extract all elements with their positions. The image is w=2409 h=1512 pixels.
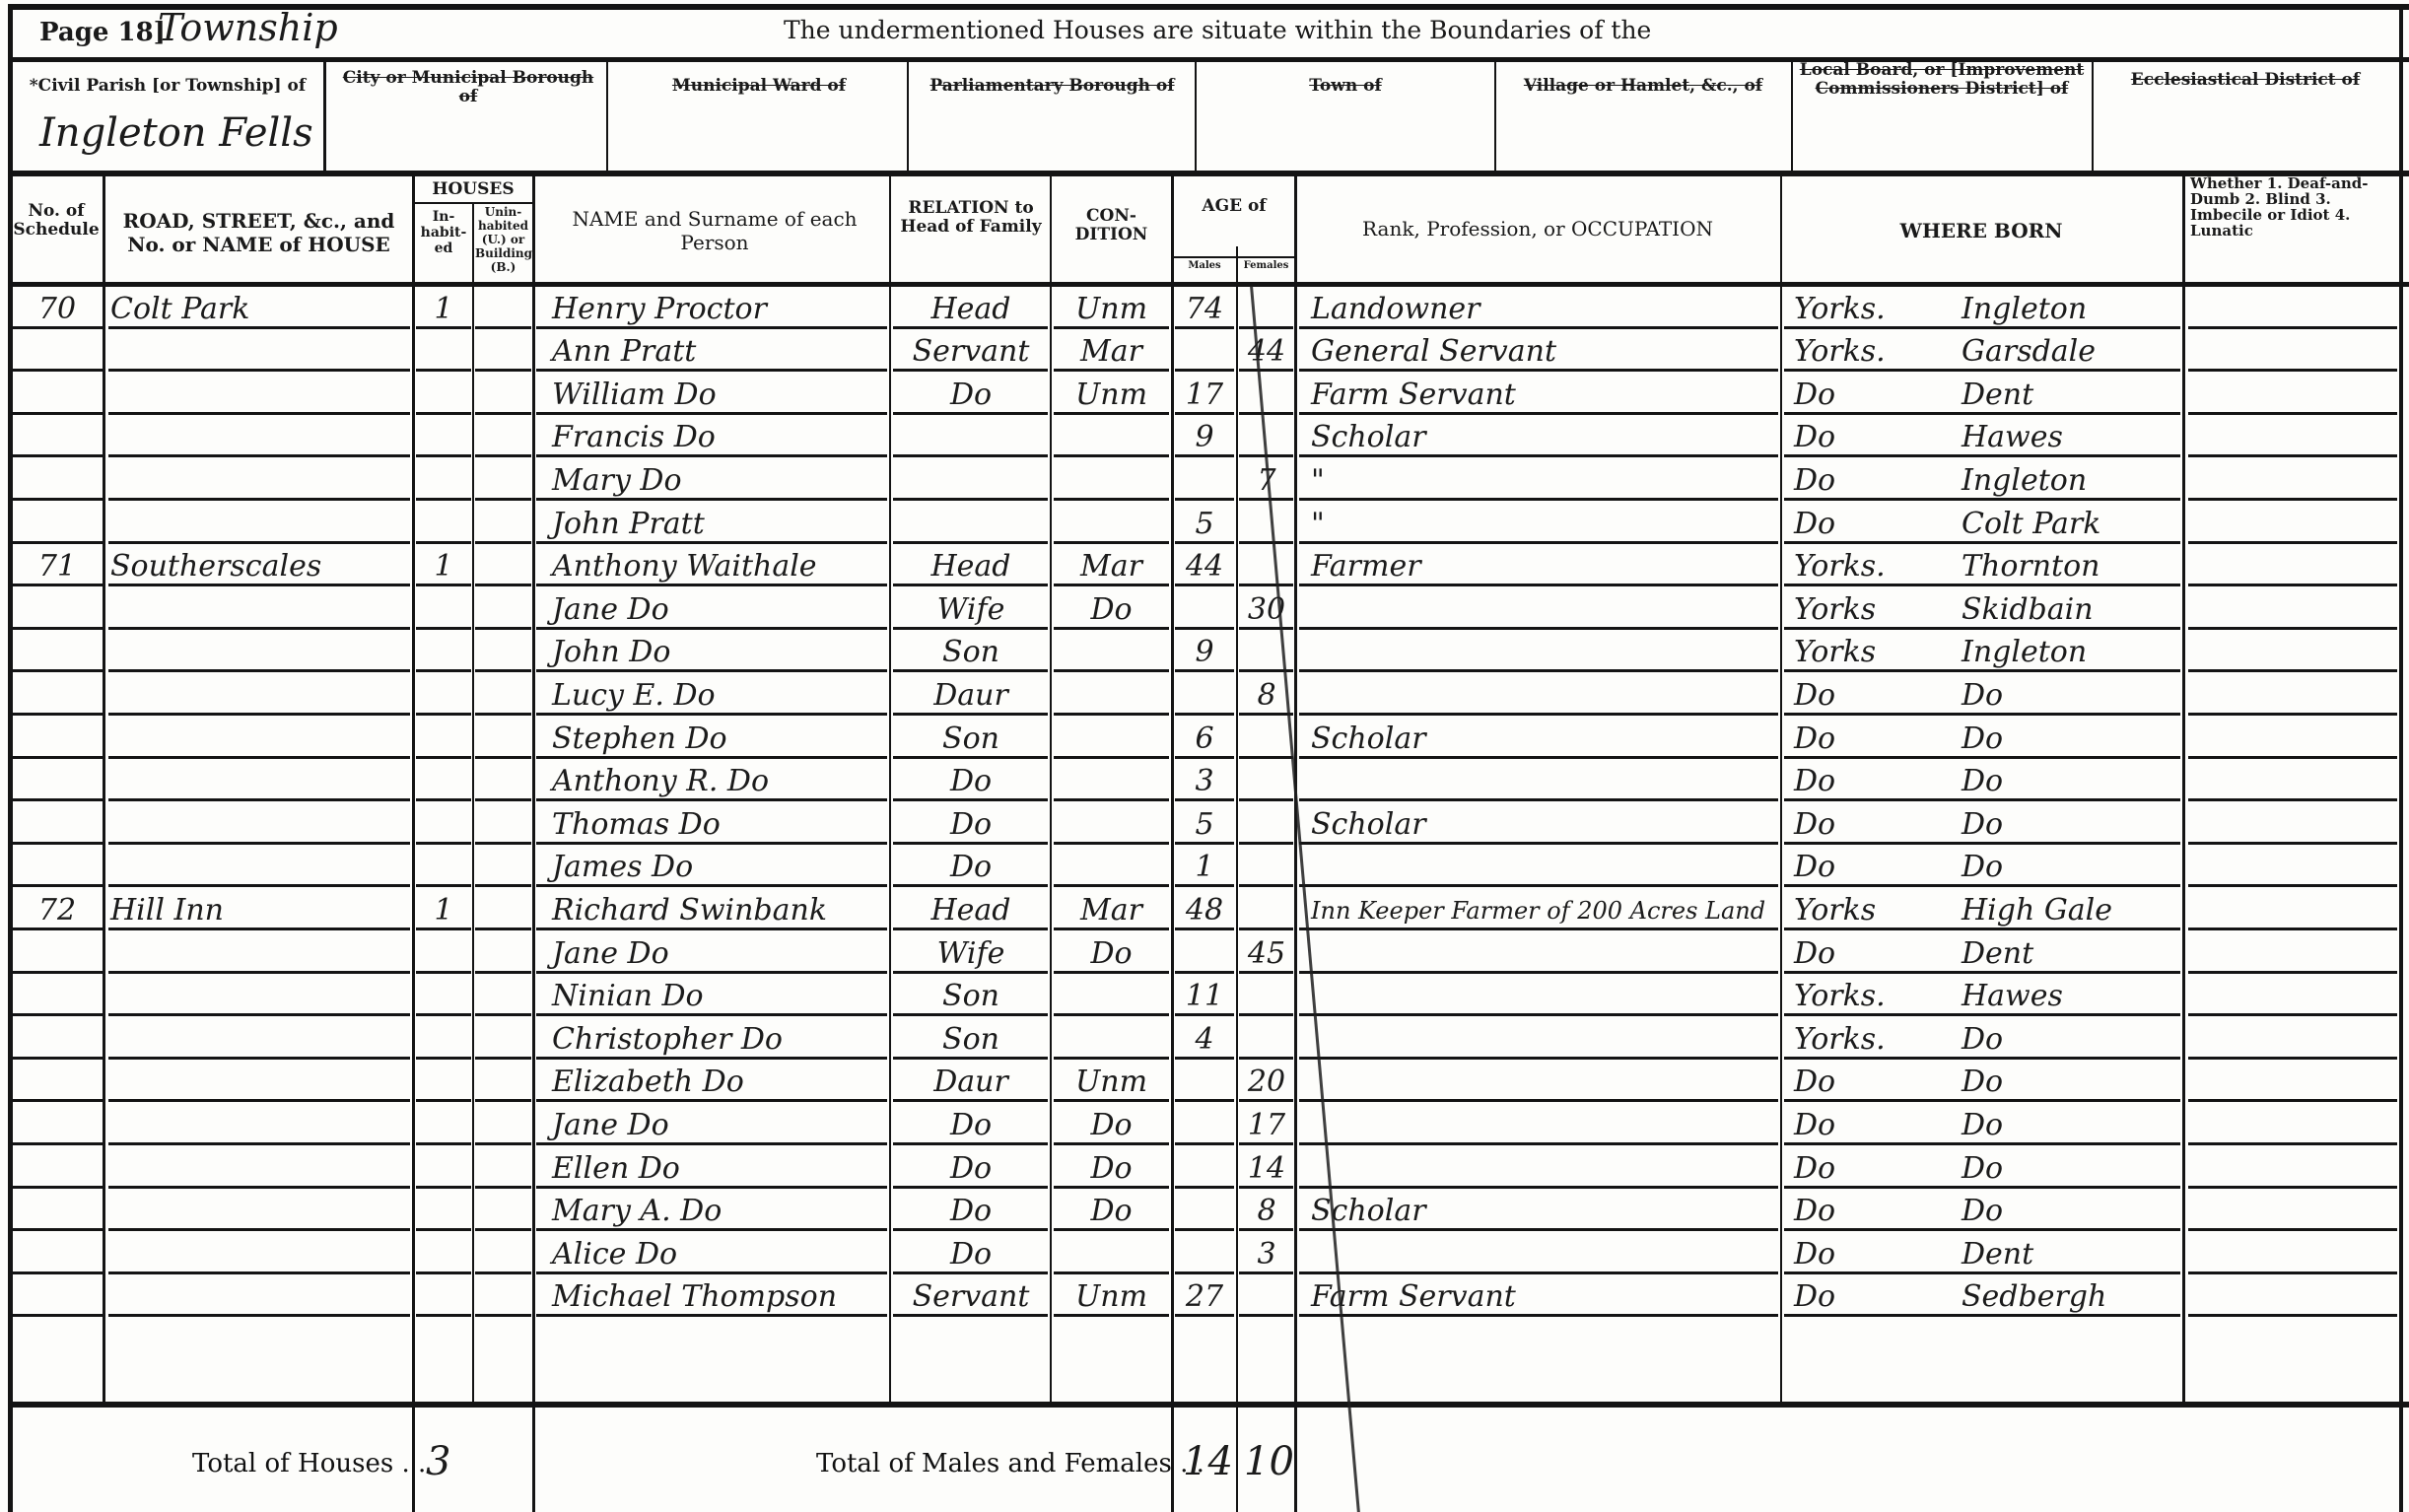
birth-place: Skidbain xyxy=(1962,589,2180,627)
marital-condition: Unm xyxy=(1055,289,1168,326)
boundary-parliamentary-borough-label: Parliamentary Borough of xyxy=(912,77,1193,96)
row-rule xyxy=(475,971,531,974)
row-rule xyxy=(1299,1186,1778,1189)
row-rule xyxy=(1299,1013,1778,1016)
col-header-relation: RELATION to Head of Family xyxy=(897,199,1045,237)
row-rule xyxy=(536,627,887,630)
row-rule xyxy=(536,798,887,801)
row-rule xyxy=(108,412,410,415)
row-rule xyxy=(475,1271,531,1274)
row-rule xyxy=(2188,713,2397,716)
row-rule xyxy=(12,326,103,329)
birth-county: Do xyxy=(1794,675,1942,713)
birth-place: Do xyxy=(1962,719,2180,756)
row-rule xyxy=(893,884,1048,887)
row-rule xyxy=(416,1013,471,1016)
birth-place: Ingleton xyxy=(1962,460,2180,498)
row-rule xyxy=(416,798,471,801)
birth-county: Yorks. xyxy=(1794,977,1942,1014)
female-age xyxy=(1239,289,1294,326)
row-rule xyxy=(12,369,103,372)
row-rule xyxy=(1784,669,2180,672)
row-rule xyxy=(1054,1228,1169,1231)
row-rule xyxy=(1784,326,2180,329)
table-row: Anthony R. DoDo3DoDo xyxy=(0,760,2409,803)
boundary-divider-bottom xyxy=(8,171,2409,176)
female-age xyxy=(1239,1019,1294,1057)
male-age xyxy=(1175,1234,1234,1271)
row-rule xyxy=(108,669,410,672)
male-age: 5 xyxy=(1175,504,1234,541)
male-age xyxy=(1175,1105,1234,1142)
inhabited-count xyxy=(416,633,471,670)
schedule-number xyxy=(14,675,101,713)
birth-place: Dent xyxy=(1962,375,2180,412)
female-age xyxy=(1239,804,1294,842)
row-rule xyxy=(2188,1186,2397,1189)
row-rule xyxy=(1299,971,1778,974)
table-row: 70Colt Park1Henry ProctorHeadUnm74Landow… xyxy=(0,287,2409,330)
male-age xyxy=(1175,332,1234,370)
row-rule xyxy=(475,412,531,415)
row-rule xyxy=(12,1057,103,1060)
row-rule xyxy=(893,669,1048,672)
row-rule xyxy=(2188,798,2397,801)
relation-to-head: Son xyxy=(897,719,1045,756)
row-rule xyxy=(1784,713,2180,716)
col-header-males: Males xyxy=(1173,260,1236,271)
row-rule xyxy=(1239,326,1293,329)
male-age xyxy=(1175,1192,1234,1229)
row-rule xyxy=(12,584,103,586)
table-row: James DoDo1DoDo xyxy=(0,846,2409,889)
female-age: 14 xyxy=(1239,1148,1294,1186)
row-rule xyxy=(893,1271,1048,1274)
female-age: 20 xyxy=(1239,1063,1294,1100)
marital-condition: Unm xyxy=(1055,1063,1168,1100)
marital-condition: Mar xyxy=(1055,890,1168,928)
female-age: 3 xyxy=(1239,1234,1294,1271)
table-row: Alice DoDo3DoDent xyxy=(0,1232,2409,1275)
inhabited-count: 1 xyxy=(416,547,471,584)
row-rule xyxy=(536,842,887,845)
row-rule xyxy=(1299,756,1778,759)
row-rule xyxy=(2188,326,2397,329)
house-name xyxy=(110,332,406,370)
row-rule xyxy=(108,1314,410,1317)
occupation xyxy=(1311,1234,1778,1271)
female-age: 45 xyxy=(1239,933,1294,971)
birth-place: Do xyxy=(1962,762,2180,799)
relation-to-head: Son xyxy=(897,633,1045,670)
relation-to-head: Son xyxy=(897,977,1045,1014)
table-row: Elizabeth DoDaurUnm20DoDo xyxy=(0,1061,2409,1104)
row-rule xyxy=(475,1228,531,1231)
row-rule xyxy=(1239,713,1293,716)
relation-to-head xyxy=(897,418,1045,455)
row-rule xyxy=(416,971,471,974)
row-rule xyxy=(108,842,410,845)
row-rule xyxy=(475,713,531,716)
person-name: Ellen Do xyxy=(552,1148,887,1186)
row-rule xyxy=(1175,1013,1234,1016)
row-rule xyxy=(2188,1314,2397,1317)
row-rule xyxy=(536,369,887,372)
row-rule xyxy=(893,1142,1048,1145)
male-age xyxy=(1175,675,1234,713)
row-rule xyxy=(1784,541,2180,544)
row-rule xyxy=(108,498,410,501)
row-rule xyxy=(536,1186,887,1189)
schedule-number xyxy=(14,633,101,670)
col-header-schedule: No. of Schedule xyxy=(12,202,101,240)
birth-county: Do xyxy=(1794,719,1942,756)
row-rule xyxy=(1054,971,1169,974)
marital-condition xyxy=(1055,1019,1168,1057)
marital-condition: Do xyxy=(1055,933,1168,971)
inhabited-count xyxy=(416,1277,471,1315)
row-rule xyxy=(1175,669,1234,672)
row-rule xyxy=(536,1314,887,1317)
occupation: Scholar xyxy=(1311,418,1778,455)
row-rule xyxy=(1175,756,1234,759)
relation-to-head: Do xyxy=(897,1148,1045,1186)
row-rule xyxy=(893,412,1048,415)
row-rule xyxy=(12,541,103,544)
birth-county: Do xyxy=(1794,804,1942,842)
relation-to-head: Do xyxy=(897,375,1045,412)
row-rule xyxy=(1239,412,1293,415)
row-rule xyxy=(475,541,531,544)
row-rule xyxy=(536,1057,887,1060)
house-name xyxy=(110,1019,406,1057)
row-rule xyxy=(893,756,1048,759)
row-rule xyxy=(536,971,887,974)
row-rule xyxy=(1175,928,1234,930)
person-name: Jane Do xyxy=(552,933,887,971)
frame-top-border xyxy=(8,4,2409,10)
row-rule xyxy=(1054,1057,1169,1060)
row-rule xyxy=(475,798,531,801)
table-row: John DoSon9YorksIngleton xyxy=(0,631,2409,674)
row-rule xyxy=(893,1186,1048,1189)
house-name xyxy=(110,933,406,971)
row-rule xyxy=(416,928,471,930)
occupation: Scholar xyxy=(1311,1192,1778,1229)
row-rule xyxy=(108,326,410,329)
row-rule xyxy=(1784,928,2180,930)
row-rule xyxy=(12,1271,103,1274)
birth-place: Ingleton xyxy=(1962,633,2180,670)
row-rule xyxy=(1239,498,1293,501)
col-header-occupation: Rank, Profession, or OCCUPATION xyxy=(1301,217,1774,241)
row-rule xyxy=(2188,412,2397,415)
total-females-value: 10 xyxy=(1244,1439,1294,1484)
birth-county: Do xyxy=(1794,1063,1942,1100)
row-rule xyxy=(1299,326,1778,329)
birth-county: Yorks. xyxy=(1794,1019,1942,1057)
birth-county: Do xyxy=(1794,504,1942,541)
row-rule xyxy=(2188,756,2397,759)
row-rule xyxy=(1299,627,1778,630)
male-age xyxy=(1175,933,1234,971)
birth-county: Do xyxy=(1794,375,1942,412)
table-row: Ninian DoSon11Yorks.Hawes xyxy=(0,975,2409,1018)
male-age: 74 xyxy=(1175,289,1234,326)
relation-to-head: Head xyxy=(897,289,1045,326)
female-age: 17 xyxy=(1239,1105,1294,1142)
female-age xyxy=(1239,719,1294,756)
row-rule xyxy=(416,412,471,415)
inhabited-count xyxy=(416,1234,471,1271)
female-age: 8 xyxy=(1239,1192,1294,1229)
birth-county: Yorks. xyxy=(1794,547,1942,584)
boundary-divider xyxy=(1494,59,1496,172)
row-rule xyxy=(1175,1057,1234,1060)
female-age xyxy=(1239,1277,1294,1315)
person-name: Stephen Do xyxy=(552,719,887,756)
house-name xyxy=(110,1192,406,1229)
inhabited-count xyxy=(416,375,471,412)
birth-county: Do xyxy=(1794,1234,1942,1271)
row-rule xyxy=(12,971,103,974)
row-rule xyxy=(1239,1099,1293,1102)
row-rule xyxy=(1784,1271,2180,1274)
person-name: Ann Pratt xyxy=(552,332,887,370)
inhabited-count: 1 xyxy=(416,890,471,928)
occupation xyxy=(1311,1105,1778,1142)
person-name: Jane Do xyxy=(552,1105,887,1142)
occupation xyxy=(1311,1019,1778,1057)
col-header-where-born: WHERE BORN xyxy=(1784,219,2178,242)
row-rule xyxy=(416,1271,471,1274)
female-age: 44 xyxy=(1239,332,1294,370)
birth-county: Do xyxy=(1794,460,1942,498)
person-name: John Pratt xyxy=(552,504,887,541)
row-rule xyxy=(1299,1099,1778,1102)
inhabited-count xyxy=(416,1148,471,1186)
row-rule xyxy=(416,756,471,759)
relation-to-head: Wife xyxy=(897,933,1045,971)
row-rule xyxy=(2188,541,2397,544)
row-rule xyxy=(475,1142,531,1145)
row-rule xyxy=(108,1142,410,1145)
boundary-divider xyxy=(1791,59,1793,172)
schedule-number xyxy=(14,1234,101,1271)
row-rule xyxy=(1239,928,1293,930)
row-rule xyxy=(893,1057,1048,1060)
marital-condition xyxy=(1055,675,1168,713)
marital-condition: Unm xyxy=(1055,1277,1168,1315)
row-rule xyxy=(1175,1271,1234,1274)
row-rule xyxy=(1299,669,1778,672)
house-name xyxy=(110,675,406,713)
col-header-infirmity: Whether 1. Deaf-and-Dumb 2. Blind 3. Imb… xyxy=(2190,175,2395,239)
row-rule xyxy=(1239,1142,1293,1145)
row-rule xyxy=(893,713,1048,716)
row-rule xyxy=(1175,326,1234,329)
row-rule xyxy=(2188,584,2397,586)
row-rule xyxy=(1054,713,1169,716)
row-rule xyxy=(1784,842,2180,845)
row-rule xyxy=(893,1314,1048,1317)
male-age: 11 xyxy=(1175,977,1234,1014)
boundary-divider xyxy=(907,59,909,172)
relation-to-head: Do xyxy=(897,804,1045,842)
marital-condition: Do xyxy=(1055,1105,1168,1142)
row-rule xyxy=(2188,928,2397,930)
row-rule xyxy=(416,627,471,630)
male-age: 48 xyxy=(1175,890,1234,928)
row-rule xyxy=(475,326,531,329)
row-rule xyxy=(475,627,531,630)
row-rule xyxy=(12,756,103,759)
table-row: John Pratt5"DoColt Park xyxy=(0,502,2409,545)
marital-condition xyxy=(1055,1234,1168,1271)
row-rule xyxy=(416,884,471,887)
relation-to-head: Son xyxy=(897,1019,1045,1057)
schedule-number xyxy=(14,1063,101,1100)
row-rule xyxy=(1784,454,2180,457)
row-rule xyxy=(1054,498,1169,501)
row-rule xyxy=(1299,584,1778,586)
male-age: 9 xyxy=(1175,418,1234,455)
schedule-number xyxy=(14,933,101,971)
relation-to-head: Daur xyxy=(897,675,1045,713)
row-rule xyxy=(2188,1142,2397,1145)
row-rule xyxy=(1784,584,2180,586)
marital-condition: Do xyxy=(1055,1192,1168,1229)
male-age: 5 xyxy=(1175,804,1234,842)
schedule-number: 70 xyxy=(14,289,101,326)
birth-place: Do xyxy=(1962,675,2180,713)
row-rule xyxy=(475,1099,531,1102)
boundary-divider xyxy=(2092,59,2094,172)
row-rule xyxy=(1299,798,1778,801)
row-rule xyxy=(1784,884,2180,887)
col-header-uninhabited: Unin-habited (U.) or Building (B.) xyxy=(475,205,531,274)
row-rule xyxy=(12,1186,103,1189)
occupation xyxy=(1311,1063,1778,1100)
relation-to-head: Do xyxy=(897,1105,1045,1142)
row-rule xyxy=(108,1099,410,1102)
boundary-civil-parish-value: Ingleton Fells xyxy=(39,110,313,156)
person-name: Elizabeth Do xyxy=(552,1063,887,1100)
occupation xyxy=(1311,848,1778,885)
table-row: Mary A. DoDoDo8ScholarDoDo xyxy=(0,1190,2409,1233)
row-rule xyxy=(12,1013,103,1016)
relation-to-head: Do xyxy=(897,762,1045,799)
house-name xyxy=(110,633,406,670)
person-name: Thomas Do xyxy=(552,804,887,842)
male-age xyxy=(1175,1148,1234,1186)
row-rule xyxy=(1299,842,1778,845)
col-header-name: NAME and Surname of each Person xyxy=(552,207,877,254)
row-rule xyxy=(1054,541,1169,544)
row-rule xyxy=(475,584,531,586)
relation-to-head xyxy=(897,460,1045,498)
row-rule xyxy=(1175,541,1234,544)
row-rule xyxy=(12,1314,103,1317)
row-rule xyxy=(1054,1142,1169,1145)
row-rule xyxy=(1054,756,1169,759)
inhabited-count xyxy=(416,332,471,370)
person-name: William Do xyxy=(552,375,887,412)
row-rule xyxy=(1239,884,1293,887)
marital-condition: Mar xyxy=(1055,332,1168,370)
schedule-number xyxy=(14,977,101,1014)
house-name xyxy=(110,375,406,412)
row-rule xyxy=(1054,842,1169,845)
row-rule xyxy=(1784,756,2180,759)
marital-condition xyxy=(1055,633,1168,670)
male-age: 17 xyxy=(1175,375,1234,412)
table-row: Lucy E. DoDaur8DoDo xyxy=(0,673,2409,717)
marital-condition xyxy=(1055,762,1168,799)
person-name: John Do xyxy=(552,633,887,670)
schedule-number xyxy=(14,762,101,799)
marital-condition: Mar xyxy=(1055,547,1168,584)
relation-to-head: Do xyxy=(897,1192,1045,1229)
female-age xyxy=(1239,848,1294,885)
row-rule xyxy=(12,454,103,457)
house-name: Hill Inn xyxy=(110,890,406,928)
row-rule xyxy=(1299,713,1778,716)
inhabited-count xyxy=(416,460,471,498)
female-age xyxy=(1239,547,1294,584)
row-rule xyxy=(1784,1099,2180,1102)
row-rule xyxy=(536,1099,887,1102)
inhabited-count xyxy=(416,848,471,885)
occupation: General Servant xyxy=(1311,332,1778,370)
relation-to-head: Head xyxy=(897,890,1045,928)
birth-place: Dent xyxy=(1962,1234,2180,1271)
row-rule xyxy=(1054,412,1169,415)
birth-county: Do xyxy=(1794,1192,1942,1229)
house-name xyxy=(110,848,406,885)
relation-to-head: Do xyxy=(897,848,1045,885)
row-rule xyxy=(475,1314,531,1317)
row-rule xyxy=(1784,1142,2180,1145)
house-name xyxy=(110,418,406,455)
house-name xyxy=(110,719,406,756)
row-rule xyxy=(1299,1314,1778,1317)
birth-place: Do xyxy=(1962,1063,2180,1100)
birth-place: Dent xyxy=(1962,933,2180,971)
table-row: Francis Do9ScholarDoHawes xyxy=(0,416,2409,459)
row-rule xyxy=(1054,454,1169,457)
row-rule xyxy=(416,498,471,501)
house-name xyxy=(110,977,406,1014)
occupation: " xyxy=(1311,460,1778,498)
row-rule xyxy=(2188,971,2397,974)
row-rule xyxy=(893,842,1048,845)
person-name: Christopher Do xyxy=(552,1019,887,1057)
boundary-ecclesiastical-label: Ecclesiastical District of xyxy=(2098,71,2393,90)
row-rule xyxy=(893,1228,1048,1231)
row-rule xyxy=(1175,1186,1234,1189)
birth-place: Do xyxy=(1962,1192,2180,1229)
row-rule xyxy=(1054,1099,1169,1102)
boundary-divider xyxy=(323,59,326,172)
schedule-number xyxy=(14,1019,101,1057)
birth-place: High Gale xyxy=(1962,890,2180,928)
row-rule xyxy=(1175,713,1234,716)
row-rule xyxy=(1175,1099,1234,1102)
relation-to-head: Daur xyxy=(897,1063,1045,1100)
inhabited-count: 1 xyxy=(416,289,471,326)
row-rule xyxy=(475,756,531,759)
